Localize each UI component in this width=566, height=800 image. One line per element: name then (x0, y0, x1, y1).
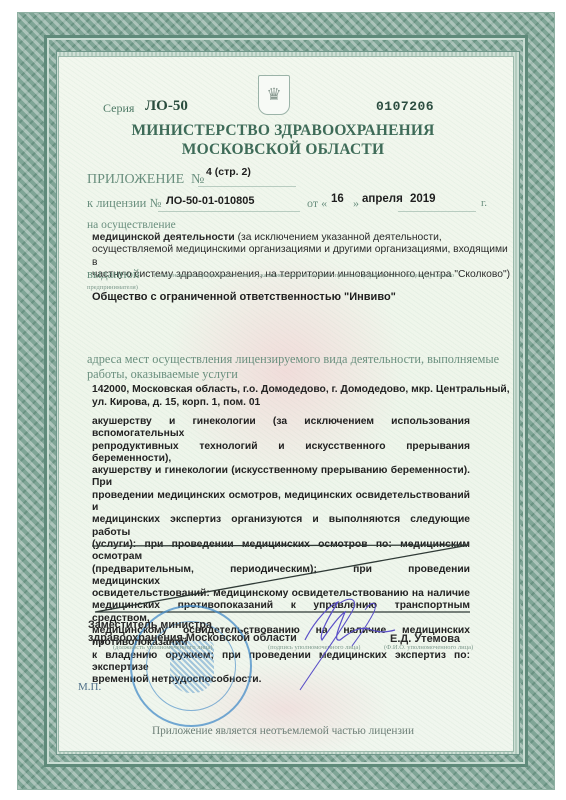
footer-note: Приложение является неотъемлемой частью … (0, 725, 566, 737)
handwritten-signature (0, 0, 566, 800)
stamp-placement-label: М.П. (78, 681, 101, 693)
